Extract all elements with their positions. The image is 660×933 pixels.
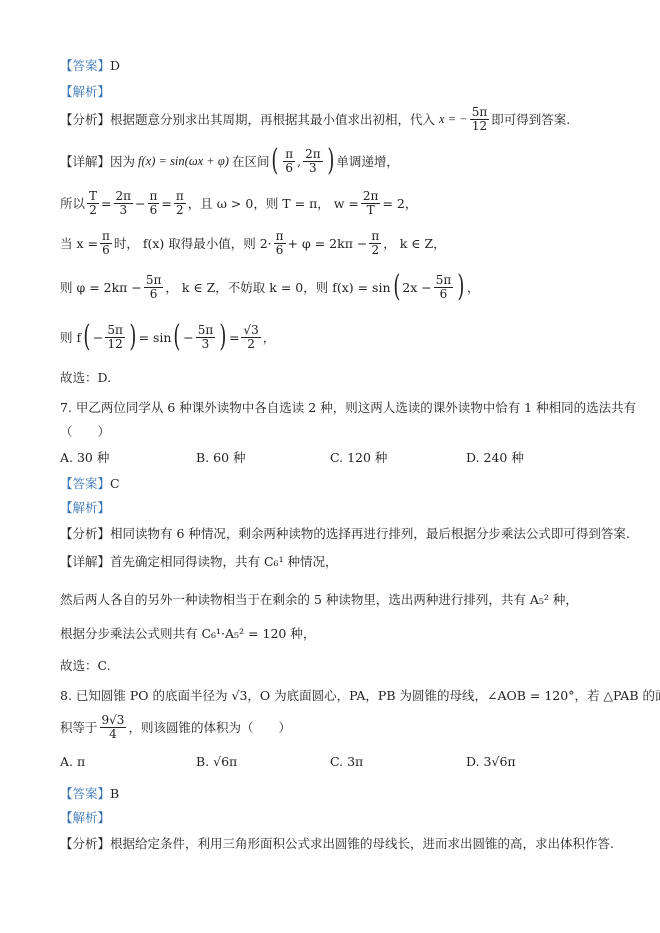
- q7-blank: （ ）: [60, 422, 110, 440]
- q7-detail-1: 【详解】首先确定相同得读物，共有 C₆¹ 种情况，: [60, 552, 338, 570]
- fenxi-label: 【分析】: [60, 110, 110, 128]
- q7-option-b: B. 60 种: [196, 448, 246, 466]
- q7-option-c: C. 120 种: [330, 448, 387, 466]
- q8-fenxi-line: 【分析】根据给定条件，利用三角形面积公式求出圆锥的母线长，进而求出圆锥的高，求出…: [60, 834, 614, 852]
- q8-analysis-heading: 【解析】: [60, 808, 110, 826]
- q7-detail-2: 然后两人各自的另外一种读物相当于在剩余的 5 种读物里，选出两种进行排列，共有 …: [60, 590, 578, 608]
- q7-analysis-heading: 【解析】: [60, 498, 110, 516]
- q8-option-b: B. √6π: [196, 754, 237, 769]
- q6-detail-line-5: 则 f (−5π12) = sin (−5π3)= √32 ，: [60, 322, 275, 352]
- q8-option-a: A. π: [60, 754, 85, 769]
- q8-option-c: C. 3π: [330, 754, 363, 769]
- q8-answer-line: 【答案】B: [60, 784, 119, 802]
- q6-answer-line: 【答案】 D: [60, 56, 120, 74]
- q7-option-a: A. 30 种: [60, 448, 109, 466]
- q6-analysis-heading: 【解析】: [60, 82, 110, 100]
- q7-stem: 7. 甲乙两位同学从 6 种课外读物中各自选读 2 种，则这两人选读的课外读物中…: [60, 398, 636, 416]
- q6-detail-line-4: 则 φ = 2kπ − 5π6 ， k ∈ Z，不妨取 k = 0，则 f(x)…: [60, 272, 479, 302]
- q6-detail-line-3: 当 x = π6 时， f(x) 取得最小值，则 2· π6 + φ = 2kπ…: [60, 230, 446, 256]
- q8-stem-2: 积等于 9√34 ，则该圆锥的体积为（ ）: [60, 714, 291, 740]
- q6-fenxi-line: 【分析】 根据题意分别求出其周期，再根据其最小值求出初相，代入 x = − 5π…: [60, 106, 570, 132]
- q6-detail-line-1: 【详解】 因为 f(x) = sin(ωx + φ) 在区间 ( π6, 2π3…: [60, 146, 399, 176]
- q6-detail-line-2: 所以 T2= 2π3− π6= π2 ，且 ω > 0，则 T = π， w =…: [60, 190, 417, 216]
- answer-label: 【答案】: [60, 56, 110, 74]
- q7-option-d: D. 240 种: [466, 448, 524, 466]
- xiangjie-label: 【详解】: [60, 152, 110, 170]
- fraction: 5π12: [470, 106, 490, 132]
- q6-conclusion: 故选：D.: [60, 368, 111, 386]
- q7-detail-3: 根据分步乘法公式则共有 C₆¹·A₅² = 120 种，: [60, 624, 315, 642]
- q8-stem-1: 8. 已知圆锥 PO 的底面半径为 √3，O 为底面圆心，PA，PB 为圆锥的母…: [60, 686, 660, 704]
- q6-answer: D: [110, 58, 120, 73]
- q8-option-d: D. 3√6π: [466, 754, 516, 769]
- q7-fenxi-line: 【分析】相同读物有 6 种情况，剩余两种读物的选择再进行排列，最后根据分步乘法公…: [60, 524, 630, 542]
- q7-answer-line: 【答案】C: [60, 474, 120, 492]
- analysis-label: 【解析】: [60, 82, 110, 100]
- q7-conclusion: 故选：C.: [60, 656, 111, 674]
